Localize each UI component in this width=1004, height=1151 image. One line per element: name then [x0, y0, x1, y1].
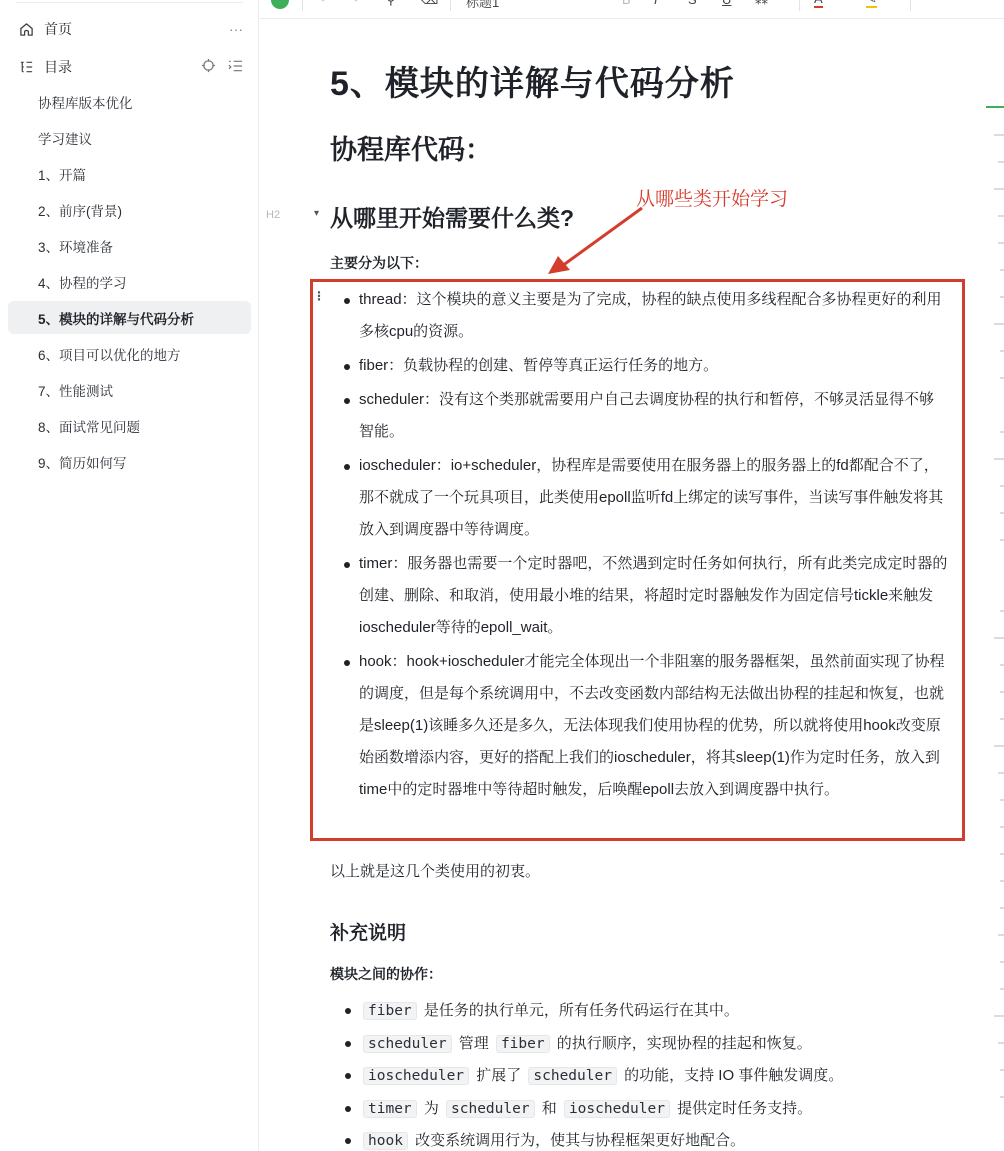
outline-marker[interactable]: [1000, 485, 1004, 487]
outline-marker[interactable]: [998, 772, 1004, 774]
toc-label: 目录: [44, 57, 201, 77]
inline-code: scheduler: [446, 1100, 535, 1118]
home-icon: [18, 21, 34, 37]
inline-code: ioscheduler: [564, 1100, 670, 1118]
outline-marker[interactable]: [1000, 718, 1004, 720]
font-color-button[interactable]: A: [814, 0, 823, 8]
collapse-arrow-icon[interactable]: ▾: [314, 208, 319, 219]
module-list: thread：这个模块的意义主要是为了完成，协程的缺点使用多线程配合多协程更好的…: [359, 284, 949, 808]
list-item: thread：这个模块的意义主要是为了完成，协程的缺点使用多线程配合多协程更好的…: [359, 284, 949, 348]
sidebar-home[interactable]: 首页 ···: [8, 12, 251, 46]
toc-item[interactable]: 6、项目可以优化的地方: [8, 337, 251, 370]
outline-marker[interactable]: [1000, 826, 1004, 828]
toc-icon: [18, 59, 34, 75]
outline-marker[interactable]: [1000, 1096, 1004, 1098]
outline-marker[interactable]: [998, 161, 1004, 163]
more-format-icon[interactable]: ⁂: [755, 0, 768, 8]
toc-item[interactable]: 4、协程的学习: [8, 265, 251, 298]
list-item: timer：服务器也需要一个定时器吧，不然遇到定时任务如何执行，所有此类完成定时…: [359, 548, 949, 644]
outline-marker[interactable]: [994, 188, 1004, 190]
highlight-icon[interactable]: ✎: [866, 0, 877, 8]
toc-item[interactable]: 2、前序(背景): [8, 193, 251, 226]
home-label: 首页: [44, 19, 229, 39]
bold-button[interactable]: B: [622, 0, 631, 7]
divider: [302, 0, 303, 11]
toc-item[interactable]: 1、开篇: [8, 157, 251, 190]
subsection-heading: 从哪里开始需要什么类?: [330, 200, 574, 233]
outline-marker[interactable]: [1000, 1069, 1004, 1071]
outline-marker[interactable]: [998, 1042, 1004, 1044]
outline-marker[interactable]: [1000, 664, 1004, 666]
inline-code: fiber: [363, 1002, 417, 1020]
outline-marker[interactable]: [1000, 431, 1004, 433]
italic-button[interactable]: I: [654, 0, 658, 7]
inline-code: scheduler: [363, 1035, 452, 1053]
toc-item[interactable]: 学习建议: [8, 121, 251, 154]
outline-marker[interactable]: [1000, 377, 1004, 379]
section-heading: 协程库代码：: [330, 128, 492, 167]
outline-marker[interactable]: [1000, 269, 1004, 271]
inline-code: hook: [363, 1132, 408, 1150]
outline-marker[interactable]: [994, 458, 1004, 460]
outline-marker[interactable]: [994, 1015, 1004, 1017]
heading-level-marker: H2: [266, 209, 280, 221]
document: 5、模块的详解与代码分析 协程库代码： H2 ▾ 从哪里开始需要什么类? 从哪些…: [260, 20, 980, 1151]
outline-marker[interactable]: [1000, 610, 1004, 612]
outline-marker[interactable]: [1000, 539, 1004, 541]
outline-marker[interactable]: [994, 323, 1004, 325]
divider: [910, 0, 911, 11]
locate-icon[interactable]: [201, 58, 216, 76]
list-item: fiber：负载协程的创建、暂停等真正运行任务的地方。: [359, 350, 949, 382]
redo-icon[interactable]: ↷: [348, 0, 359, 8]
toc-item-active[interactable]: 5、模块的详解与代码分析: [8, 301, 251, 334]
outline-marker[interactable]: [1000, 853, 1004, 855]
outline-marker[interactable]: [998, 934, 1004, 936]
toc-item[interactable]: 8、面试常见问题: [8, 409, 251, 442]
outline-marker[interactable]: [994, 745, 1004, 747]
outline-marker[interactable]: [998, 215, 1004, 217]
list-item: timer 为 scheduler 和 ioscheduler 提供定时任务支持…: [363, 1093, 963, 1126]
outline-marker-active[interactable]: [986, 106, 1004, 108]
outline-marker[interactable]: [1000, 880, 1004, 882]
list-item: ioscheduler 扩展了 scheduler 的功能，支持 IO 事件触发…: [363, 1060, 963, 1093]
sidebar-toc[interactable]: 目录: [8, 50, 251, 84]
outline-marker[interactable]: [1000, 296, 1004, 298]
outline-marker[interactable]: [1000, 350, 1004, 352]
strike-button[interactable]: S: [688, 0, 697, 7]
heading-select[interactable]: 标题1: [466, 0, 499, 11]
annotation-arrow-icon: [540, 200, 660, 280]
toc-item[interactable]: 9、简历如何写: [8, 445, 251, 478]
toc-item[interactable]: 7、性能测试: [8, 373, 251, 406]
editor-toolbar: ↶ ↷ ⚲ ⌫ 标题1 B I S U ⁂ A ✎: [260, 0, 1004, 19]
clear-format-icon[interactable]: ⌫: [420, 0, 438, 8]
outline-marker[interactable]: [994, 134, 1004, 136]
page-title: 5、模块的详解与代码分析: [330, 56, 735, 105]
sidebar: 首页 ··· 目录 协程库版本优化 学习建议 1、开篇 2、前序(背景) 3、环…: [0, 0, 259, 1151]
inline-code: timer: [363, 1100, 417, 1118]
inline-code: scheduler: [528, 1067, 617, 1085]
collab-list: fiber 是任务的执行单元，所有任务代码运行在其中。 scheduler 管理…: [363, 995, 963, 1151]
format-painter-icon[interactable]: ⚲: [386, 0, 396, 8]
module-list-container: thread：这个模块的意义主要是为了完成，协程的缺点使用多线程配合多协程更好的…: [313, 282, 962, 838]
intro-text: 主要分为以下：: [330, 253, 428, 273]
divider: [16, 2, 243, 3]
list-item: ioscheduler：io+scheduler，协程库是需要使用在服务器上的服…: [359, 450, 949, 546]
outline-marker[interactable]: [1000, 512, 1004, 514]
toc-item[interactable]: 3、环境准备: [8, 229, 251, 262]
collab-intro: 模块之间的协作：: [330, 964, 442, 984]
list-item: scheduler 管理 fiber 的执行顺序，实现协程的挂起和恢复。: [363, 1028, 963, 1061]
outline-marker[interactable]: [1000, 961, 1004, 963]
collapse-list-icon[interactable]: [228, 59, 243, 76]
supplement-heading: 补充说明: [330, 918, 406, 945]
inline-code: ioscheduler: [363, 1067, 469, 1085]
list-item: hook 改变系统调用行为，使其与协程框架更好地配合。: [363, 1125, 963, 1151]
summary-text: 以上就是这几个类使用的初衷。: [330, 860, 540, 881]
outline-marker[interactable]: [1000, 691, 1004, 693]
underline-button[interactable]: U: [722, 0, 731, 7]
list-item: fiber 是任务的执行单元，所有任务代码运行在其中。: [363, 995, 963, 1028]
outline-marker[interactable]: [1000, 799, 1004, 801]
more-icon[interactable]: ···: [229, 21, 243, 37]
list-item: scheduler：没有这个类那就需要用户自己去调度协程的执行和暂停，不够灵活显…: [359, 384, 949, 448]
outline-minimap[interactable]: [986, 0, 1004, 1151]
divider: [450, 0, 451, 11]
outline-marker[interactable]: [1000, 907, 1004, 909]
outline-marker[interactable]: [998, 242, 1004, 244]
add-block-button[interactable]: [271, 0, 289, 9]
undo-icon[interactable]: ↶: [320, 0, 331, 8]
outline-marker[interactable]: [994, 637, 1004, 639]
toc-item[interactable]: 协程库版本优化: [8, 85, 251, 118]
list-item: hook：hook+ioscheduler才能完全体现出一个非阻塞的服务器框架，…: [359, 646, 949, 806]
divider: [799, 0, 800, 11]
inline-code: fiber: [496, 1035, 550, 1053]
outline-marker[interactable]: [1000, 988, 1004, 990]
